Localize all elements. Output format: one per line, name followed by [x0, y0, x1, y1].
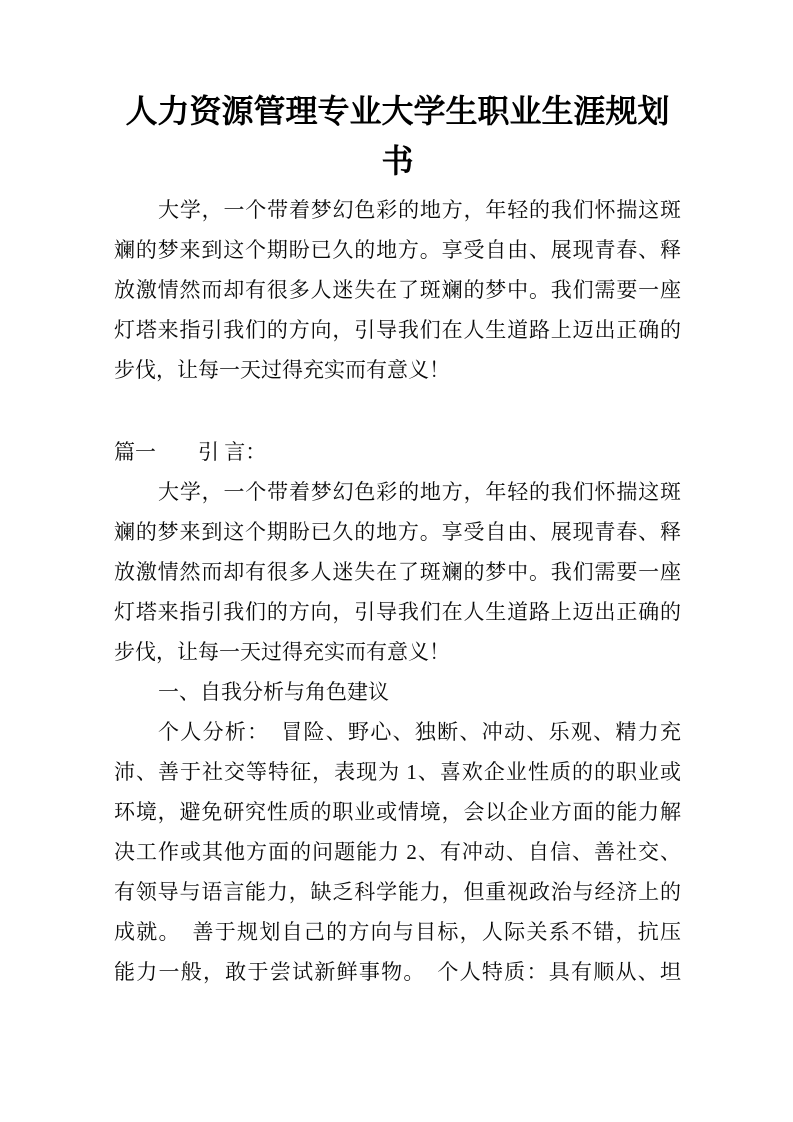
text-line: 步伐，让每一天过得充实而有意义！	[114, 350, 681, 390]
text-line: 有领导与语言能力，缺乏科学能力，但重视政治与经济上的	[114, 872, 681, 912]
text-line: 大学，一个带着梦幻色彩的地方，年轻的我们怀揣这斑	[114, 190, 681, 230]
document-page: 人力资源管理专业大学生职业生涯规划书 大学，一个带着梦幻色彩的地方，年轻的我们怀…	[0, 0, 793, 1122]
text-line: 沛、善于社交等特征，表现为 1、喜欢企业性质的的职业或	[114, 752, 681, 792]
intro-paragraph: 大学，一个带着梦幻色彩的地方，年轻的我们怀揣这斑斓的梦来到这个期盼已久的地方。享…	[114, 190, 681, 390]
text-line: 灯塔来指引我们的方向，引导我们在人生道路上迈出正确的	[114, 592, 681, 632]
text-line: 篇一 引 言：	[114, 432, 681, 472]
text-line: 步伐，让每一天过得充实而有意义！	[114, 632, 681, 672]
text-line: 成就。 善于规划自己的方向与目标，人际关系不错，抗压	[114, 912, 681, 952]
text-line: 决工作或其他方面的问题能力 2、有冲动、自信、善社交、	[114, 832, 681, 872]
document-body: 大学，一个带着梦幻色彩的地方，年轻的我们怀揣这斑斓的梦来到这个期盼已久的地方。享…	[114, 190, 681, 992]
section-label: 篇一 引 言：	[114, 432, 681, 472]
text-line: 环境，避免研究性质的职业或情境，会以企业方面的能力解	[114, 792, 681, 832]
intro-paragraph-repeat: 大学，一个带着梦幻色彩的地方，年轻的我们怀揣这斑斓的梦来到这个期盼已久的地方。享…	[114, 472, 681, 672]
text-line: 斓的梦来到这个期盼已久的地方。享受自由、展现青春、释	[114, 230, 681, 270]
analysis-paragraph: 个人分析： 冒险、野心、独断、冲动、乐观、精力充沛、善于社交等特征，表现为 1、…	[114, 712, 681, 992]
document-title: 人力资源管理专业大学生职业生涯规划书	[114, 86, 681, 186]
text-line: 斓的梦来到这个期盼已久的地方。享受自由、展现青春、释	[114, 512, 681, 552]
text-line: 放激情然而却有很多人迷失在了斑斓的梦中。我们需要一座	[114, 552, 681, 592]
text-line: 个人分析： 冒险、野心、独断、冲动、乐观、精力充	[114, 712, 681, 752]
text-line: 大学，一个带着梦幻色彩的地方，年轻的我们怀揣这斑	[114, 472, 681, 512]
text-line: 放激情然而却有很多人迷失在了斑斓的梦中。我们需要一座	[114, 270, 681, 310]
text-line: 灯塔来指引我们的方向，引导我们在人生道路上迈出正确的	[114, 310, 681, 350]
section-subheading: 一、自我分析与角色建议	[114, 672, 681, 712]
text-line: 能力一般，敢于尝试新鲜事物。 个人特质：具有顺从、坦	[114, 952, 681, 992]
text-line: 一、自我分析与角色建议	[114, 672, 681, 712]
